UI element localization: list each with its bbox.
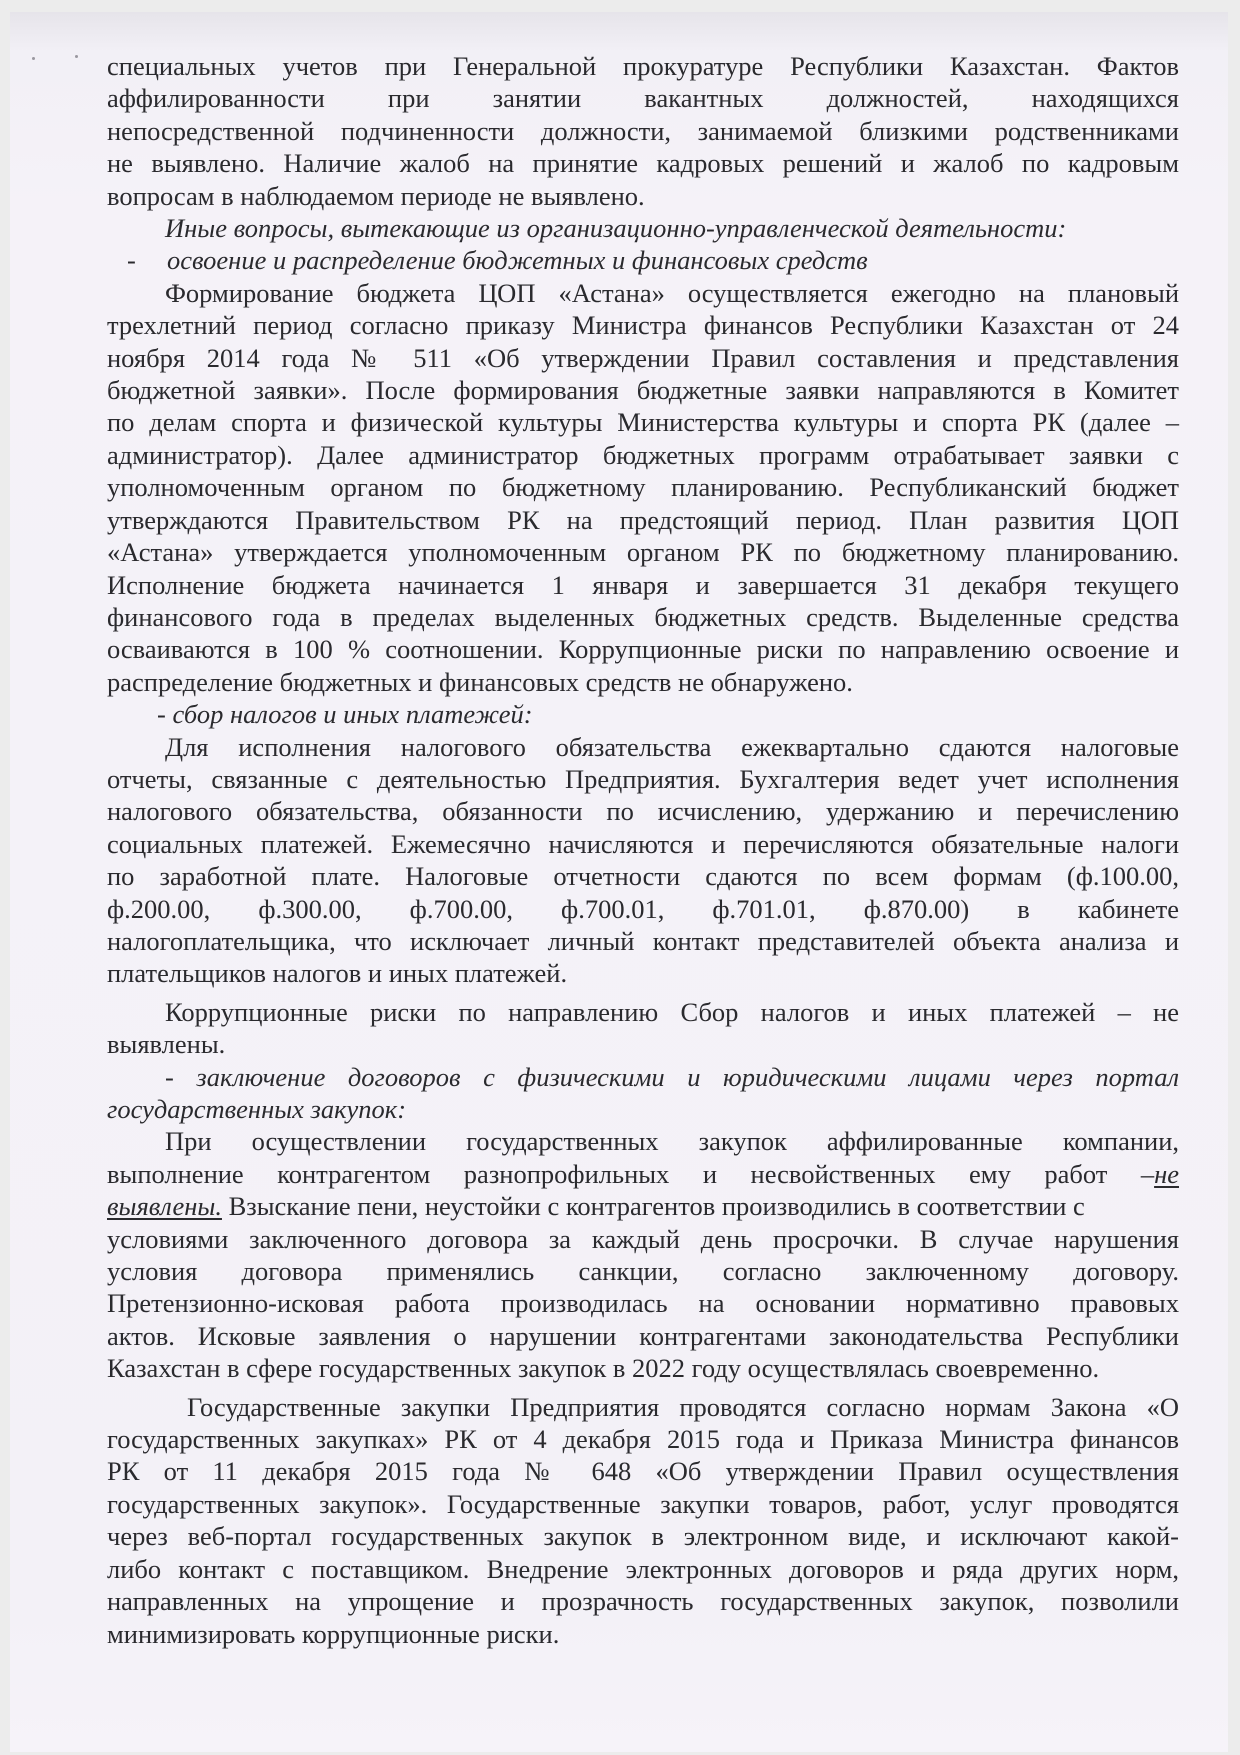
text-line: вопросам в наблюдаемом периоде не выявле… [107, 180, 1179, 212]
text-line: выполнение контрагентом разнопрофильных … [107, 1158, 1179, 1190]
text-line: Государственные закупки Предприятия пров… [107, 1391, 1179, 1423]
text-segment: Взыскание пени, неустойки с контрагентов… [222, 1191, 1085, 1221]
text-line: выявлены. [107, 1028, 1179, 1060]
text-line: выявлены. Взыскание пени, неустойки с ко… [107, 1190, 1179, 1222]
text-line: направленных на упрощение и прозрачность… [107, 1585, 1179, 1617]
text-line: аффилированности при занятии вакантных д… [107, 82, 1179, 114]
paragraph-taxes: Для исполнения налогового обязательства … [107, 731, 1179, 990]
text-line: социальных платежей. Ежемесячно начисляю… [107, 828, 1179, 860]
text-line: государственных закупках» РК от 4 декабр… [107, 1423, 1179, 1455]
subsection-heading-text: освоение и распределение бюджетных и фин… [167, 245, 868, 275]
paragraph-tax-risks: Коррупционные риски по направлению Сбор … [107, 996, 1179, 1061]
text-line: уполномоченным органом по бюджетному пла… [107, 471, 1179, 503]
scan-speck [75, 55, 78, 58]
text-line: минимизировать коррупционные риски. [107, 1618, 1179, 1650]
text-line: распределение бюджетных и финансовых сре… [107, 666, 1179, 698]
text-segment: выполнение контрагентом разнопрофильных … [107, 1159, 1154, 1189]
text-line: финансового года в пределах выделенных б… [107, 601, 1179, 633]
text-line: утверждаются Правительством РК на предст… [107, 504, 1179, 536]
paragraph-budget: Формирование бюджета ЦОП «Астана» осущес… [107, 277, 1179, 698]
text-line: Коррупционные риски по направлению Сбор … [107, 996, 1179, 1028]
bullet-dash: - [127, 244, 167, 276]
text-line: Исполнение бюджета начинается 1 января и… [107, 569, 1179, 601]
section-heading-other-issues: Иные вопросы, вытекающие из организацион… [107, 212, 1179, 244]
text-line: условия договора применялись санкции, со… [107, 1255, 1179, 1287]
text-line: ф.200.00, ф.300.00, ф.700.00, ф.700.01, … [107, 893, 1179, 925]
paragraph-procurement: При осуществлении государственных закупо… [107, 1125, 1179, 1384]
document-body: специальных учетов при Генеральной проку… [107, 50, 1179, 1650]
subsection-heading-procurement: - заключение договоров с физическими и ю… [107, 1061, 1179, 1126]
text-line: непосредственной подчиненности должности… [107, 115, 1179, 147]
underlined-emphasis: выявлены. [107, 1191, 222, 1221]
text-line: Претензионно-исковая работа производилас… [107, 1287, 1179, 1319]
text-line: ноября 2014 года № 511 «Об утверждении П… [107, 342, 1179, 374]
text-line: администратор). Далее администратор бюдж… [107, 439, 1179, 471]
paragraph-procurement-law: Государственные закупки Предприятия пров… [107, 1391, 1179, 1650]
text-line: Казахстан в сфере государственных закупо… [107, 1352, 1179, 1384]
text-line: РК от 11 декабря 2015 года № 648 «Об утв… [107, 1455, 1179, 1487]
text-line: осваиваются в 100 % соотношении. Коррупц… [107, 633, 1179, 665]
subsection-heading-taxes: - сбор налогов и иных платежей: [107, 698, 1179, 730]
text-line: отчеты, связанные с деятельностью Предпр… [107, 763, 1179, 795]
text-line: бюджетной заявки». После формирования бю… [107, 374, 1179, 406]
text-line: по делам спорта и физической культуры Ми… [107, 406, 1179, 438]
text-line: плательщиков налогов и иных платежей. [107, 957, 1179, 989]
text-line: через веб-портал государственных закупок… [107, 1520, 1179, 1552]
text-line: государственных закупок». Государственны… [107, 1488, 1179, 1520]
text-line: - заключение договоров с физическими и ю… [107, 1061, 1179, 1093]
text-line: либо контакт с поставщиком. Внедрение эл… [107, 1553, 1179, 1585]
subsection-heading-budget: -освоение и распределение бюджетных и фи… [107, 244, 1179, 276]
text-line: по заработной плате. Налоговые отчетност… [107, 860, 1179, 892]
text-line: Формирование бюджета ЦОП «Астана» осущес… [107, 277, 1179, 309]
paragraph-personnel: специальных учетов при Генеральной проку… [107, 50, 1179, 212]
text-line: условиями заключенного договора за кажды… [107, 1223, 1179, 1255]
text-line: трехлетний период согласно приказу Минис… [107, 309, 1179, 341]
scan-speck [32, 57, 35, 60]
text-line: специальных учетов при Генеральной проку… [107, 50, 1179, 82]
text-line: актов. Исковые заявления о нарушении кон… [107, 1320, 1179, 1352]
text-line: государственных закупок: [107, 1093, 1179, 1125]
text-line: Для исполнения налогового обязательства … [107, 731, 1179, 763]
text-line: «Астана» утверждается уполномоченным орг… [107, 536, 1179, 568]
text-line: При осуществлении государственных закупо… [107, 1125, 1179, 1157]
text-line: налогового обязательства, обязанности по… [107, 795, 1179, 827]
underlined-emphasis: не [1154, 1159, 1179, 1189]
text-line: не выявлено. Наличие жалоб на принятие к… [107, 147, 1179, 179]
text-line: налогоплательщика, что исключает личный … [107, 925, 1179, 957]
